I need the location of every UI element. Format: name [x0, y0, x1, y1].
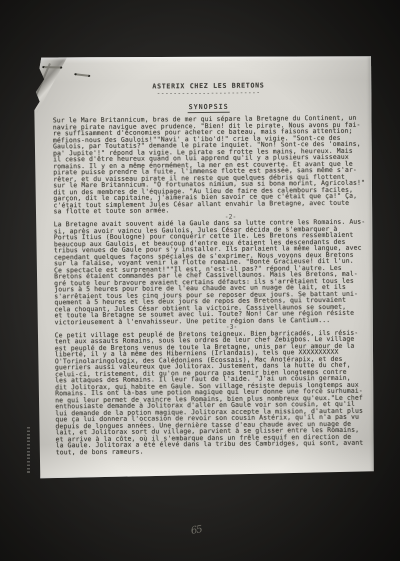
section-heading: SYNOPSIS	[53, 102, 365, 113]
page-content: ASTERIX CHEZ LES BRETONS ---------------…	[31, 55, 375, 479]
document-page: ASTERIX CHEZ LES BRETONS ---------------…	[31, 55, 375, 479]
title-underline-rule: -------------------------	[52, 89, 364, 98]
handwritten-page-number: 65	[190, 524, 202, 537]
margin-inscription-mark	[27, 427, 30, 474]
photo-background: ASTERIX CHEZ LES BRETONS ---------------…	[0, 0, 400, 561]
synopsis-paragraph-1: Sur le Mare Britannicum, bras de mer qui…	[53, 115, 368, 215]
section-heading-text: SYNOPSIS	[188, 103, 230, 113]
synopsis-paragraph-2: La Bretagne avait souvent aidé la Gaule …	[54, 219, 369, 326]
synopsis-paragraph-3: Ce petit village est peuplé de Bretons t…	[55, 329, 370, 455]
